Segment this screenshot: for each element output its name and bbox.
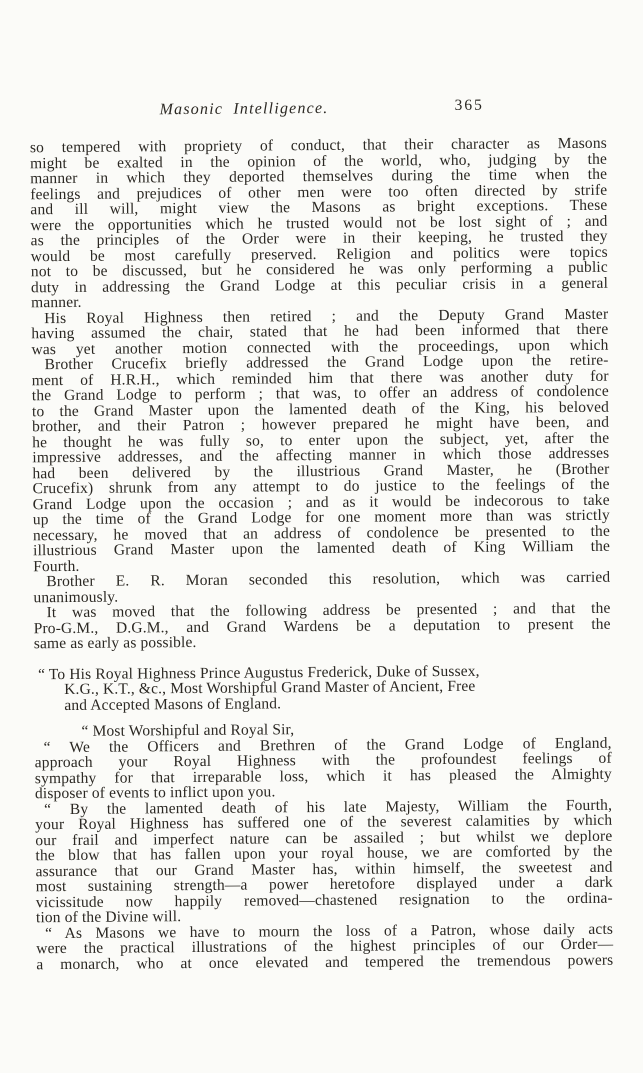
body-text-block: so tempered with propriety of conduct, t… <box>30 136 614 973</box>
paragraph: Brother Crucefix briefly addressed the G… <box>32 353 611 575</box>
text-line: and Accepted Masons of England. <box>34 693 611 713</box>
text-line: same as early as possible. <box>34 632 611 652</box>
scanned-book-page: Masonic Intelligence. 365 so tempered wi… <box>0 0 643 1073</box>
page-content: Masonic Intelligence. 365 so tempered wi… <box>0 0 643 1073</box>
page-number: 365 <box>455 97 484 115</box>
paragraph: so tempered with propriety of conduct, t… <box>30 136 608 311</box>
running-title: Masonic Intelligence. <box>160 100 329 119</box>
paragraph: “ As Masons we have to mourn the loss of… <box>36 921 613 972</box>
paragraph: “ To His Royal Highness Prince Augustus … <box>34 662 611 713</box>
paragraph: His Royal Highness then retired ; and th… <box>31 306 608 357</box>
page-header: Masonic Intelligence. 365 <box>0 97 640 124</box>
paragraph: “ By the lamented death of his late Maje… <box>35 797 613 926</box>
paragraph: “ We the Officers and Brethren of the Gr… <box>35 735 612 802</box>
text-line: a monarch, who at once elevated and temp… <box>36 952 613 972</box>
paragraph: It was moved that the following address … <box>34 601 611 652</box>
